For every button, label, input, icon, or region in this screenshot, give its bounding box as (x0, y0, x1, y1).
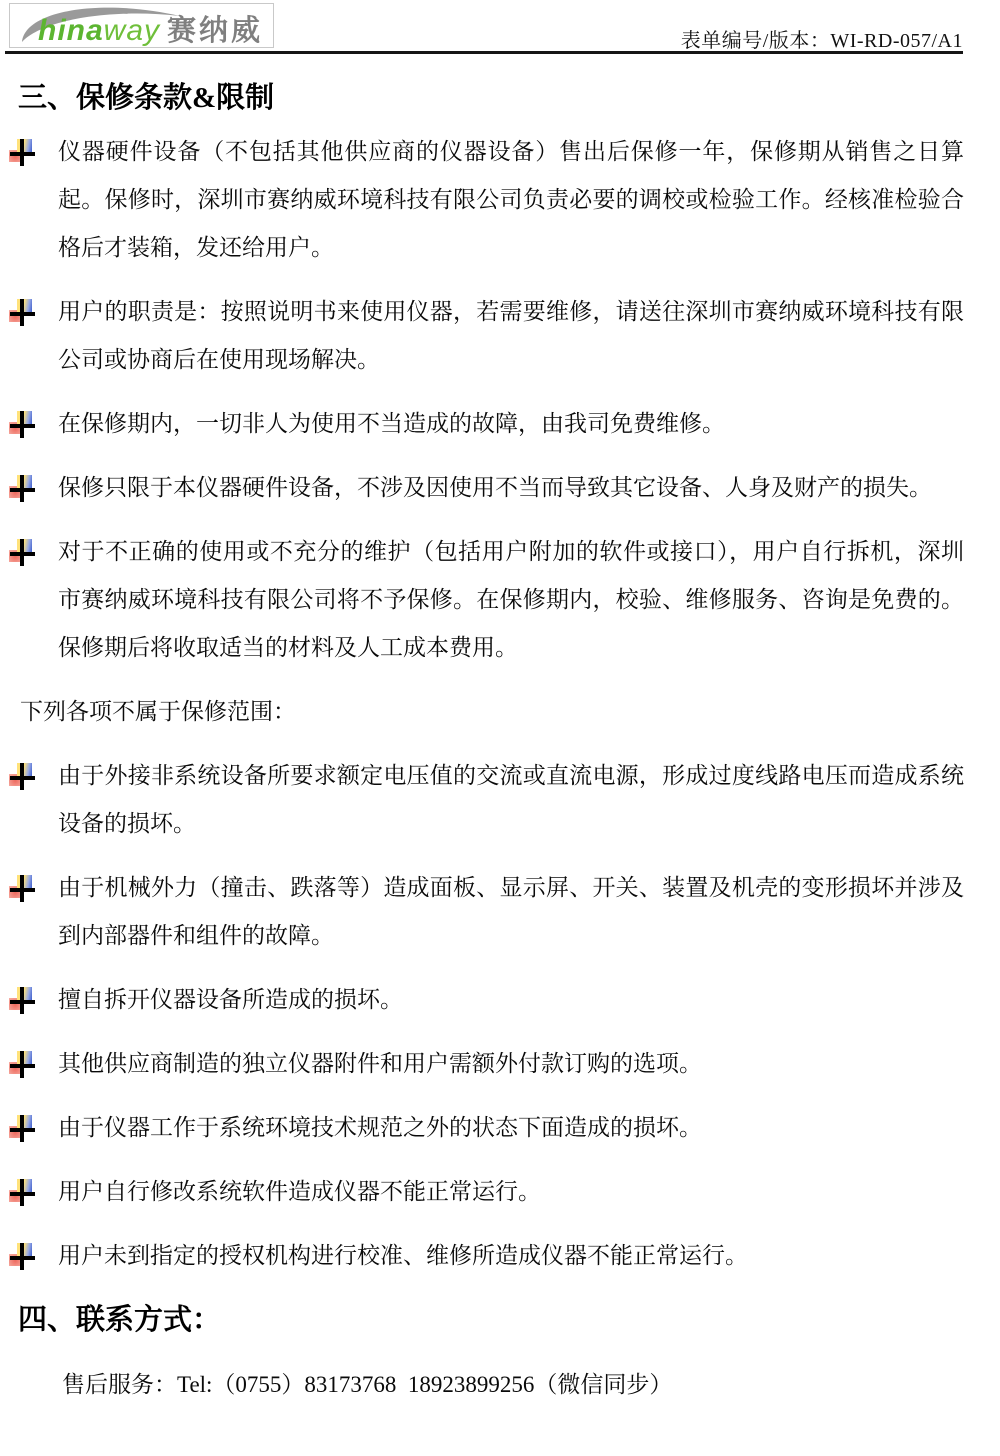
list-item: 用户的职责是：按照说明书来使用仪器，若需要维修，请送往深圳市赛纳威环境科技有限公… (8, 288, 964, 384)
bullet-icon (9, 1051, 35, 1078)
bullet-icon (9, 299, 35, 326)
bullet-icon (9, 1179, 35, 1206)
list-item-text: 由于仪器工作于系统环境技术规范之外的状态下面造成的损坏。 (58, 1104, 964, 1152)
list-item: 由于机械外力（撞击、跌落等）造成面板、显示屏、开关、装置及机壳的变形损坏并涉及到… (8, 864, 964, 960)
list-item-text: 用户的职责是：按照说明书来使用仪器，若需要维修，请送往深圳市赛纳威环境科技有限公… (58, 288, 964, 384)
list-item-text: 仪器硬件设备（不包括其他供应商的仪器设备）售出后保修一年，保修期从销售之日算起。… (58, 128, 964, 272)
list-item: 用户自行修改系统软件造成仪器不能正常运行。 (8, 1168, 964, 1216)
bullet-icon (9, 1243, 35, 1270)
list-item-text: 保修只限于本仪器硬件设备，不涉及因使用不当而导致其它设备、人身及财产的损失。 (58, 464, 964, 512)
bullet-icon (9, 1115, 35, 1142)
list-item-text: 其他供应商制造的独立仪器附件和用户需额外付款订购的选项。 (58, 1040, 964, 1088)
list-item: 在保修期内，一切非人为使用不当造成的故障，由我司免费维修。 (8, 400, 964, 448)
after-sales-contact: 售后服务：Tel:（0755）83173768 18923899256（微信同步… (62, 1368, 964, 1402)
section-title-contact: 四、联系方式： (18, 1302, 964, 1338)
list-item: 用户未到指定的授权机构进行校准、维修所造成仪器不能正常运行。 (8, 1232, 964, 1280)
bullet-icon (9, 539, 35, 566)
list-item-text: 在保修期内，一切非人为使用不当造成的故障，由我司免费维修。 (58, 400, 964, 448)
logo-text: hinaway赛纳威 (38, 8, 263, 49)
list-item: 保修只限于本仪器硬件设备，不涉及因使用不当而导致其它设备、人身及财产的损失。 (8, 464, 964, 512)
list-item-text: 擅自拆开仪器设备所造成的损坏。 (58, 976, 964, 1024)
company-logo: hinaway赛纳威 (9, 3, 274, 48)
logo-chinese-name: 赛纳威 (167, 15, 263, 47)
list-item-text: 由于机械外力（撞击、跌落等）造成面板、显示屏、开关、装置及机壳的变形损坏并涉及到… (58, 864, 964, 960)
bullet-icon (9, 139, 35, 166)
bullet-icon (9, 875, 35, 902)
page-header: hinaway赛纳威 表单编号/版本：WI-RD-057/A1 (0, 0, 1000, 56)
list-item: 其他供应商制造的独立仪器附件和用户需额外付款订购的选项。 (8, 1040, 964, 1088)
section-title-warranty: 三、保修条款&限制 (18, 80, 964, 116)
form-code: 表单编号/版本：WI-RD-057/A1 (681, 24, 963, 53)
bullet-icon (9, 411, 35, 438)
bullet-icon (9, 987, 35, 1014)
document-page: hinaway赛纳威 表单编号/版本：WI-RD-057/A1 三、保修条款&限… (0, 0, 1000, 1456)
bullet-icon (9, 475, 35, 502)
list-item: 对于不正确的使用或不充分的维护（包括用户附加的软件或接口），用户自行拆机，深圳市… (8, 528, 964, 672)
logo-hina: hina (38, 14, 104, 47)
logo-way: way (104, 14, 160, 47)
list-item-text: 用户未到指定的授权机构进行校准、维修所造成仪器不能正常运行。 (58, 1232, 964, 1280)
list-item-text: 由于外接非系统设备所要求额定电压值的交流或直流电源，形成过度线路电压而造成系统设… (58, 752, 964, 848)
list-item-text: 对于不正确的使用或不充分的维护（包括用户附加的软件或接口），用户自行拆机，深圳市… (58, 528, 964, 672)
bullet-icon (9, 763, 35, 790)
header-rule (5, 51, 963, 54)
list-item: 仪器硬件设备（不包括其他供应商的仪器设备）售出后保修一年，保修期从销售之日算起。… (8, 128, 964, 272)
list-item: 擅自拆开仪器设备所造成的损坏。 (8, 976, 964, 1024)
exclusions-intro: 下列各项不属于保修范围： (20, 688, 964, 736)
document-body: 三、保修条款&限制 仪器硬件设备（不包括其他供应商的仪器设备）售出后保修一年，保… (0, 80, 1000, 1402)
list-item: 由于仪器工作于系统环境技术规范之外的状态下面造成的损坏。 (8, 1104, 964, 1152)
list-item-text: 用户自行修改系统软件造成仪器不能正常运行。 (58, 1168, 964, 1216)
list-item: 由于外接非系统设备所要求额定电压值的交流或直流电源，形成过度线路电压而造成系统设… (8, 752, 964, 848)
